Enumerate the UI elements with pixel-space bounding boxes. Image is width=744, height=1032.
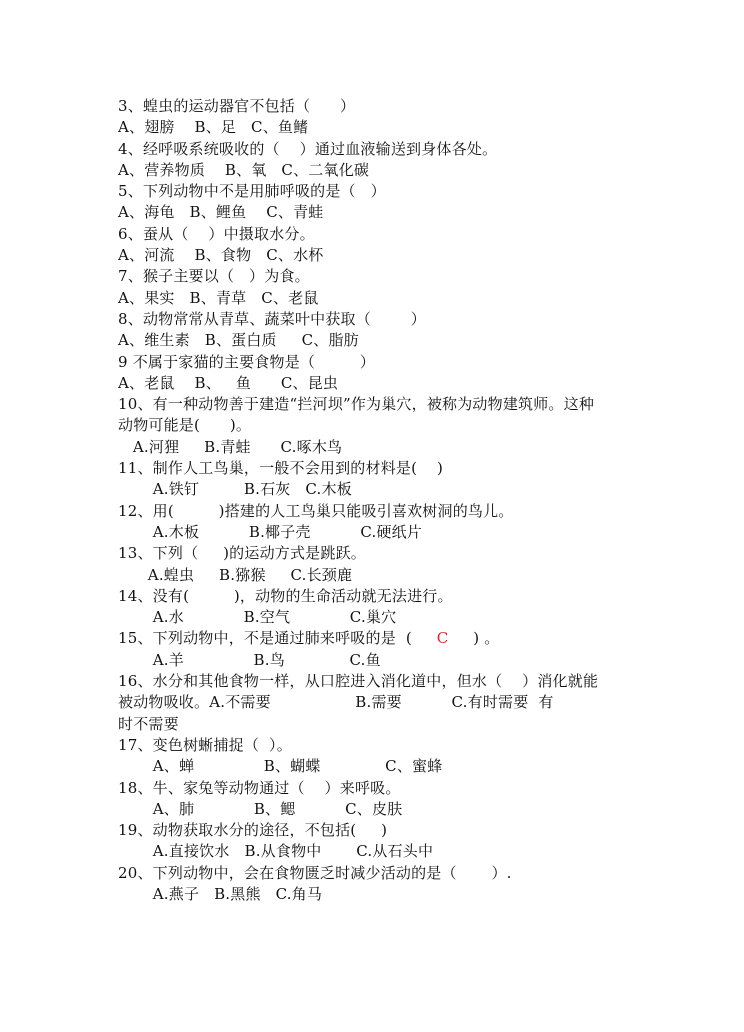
options-7: A、果实 B、青草 C、老鼠 bbox=[118, 288, 638, 309]
question-10-cont: 动物可能是( )。 bbox=[118, 415, 638, 436]
question-15: 15、下列动物中，不是通过肺来呼吸的是 ( C ) 。 bbox=[118, 628, 638, 649]
question-16: 16、水分和其他食物一样，从口腔进入消化道中，但水（ ）消化就能 bbox=[118, 671, 638, 692]
question-14: 14、没有( )，动物的生命活动就无法进行。 bbox=[118, 586, 638, 607]
options-8: A、维生素 B、蛋白质 C、脂肪 bbox=[118, 330, 638, 351]
question-7: 7、猴子主要以（ ）为食。 bbox=[118, 266, 638, 287]
options-19: A.直接饮水 B.从食物中 C.从石头中 bbox=[118, 841, 638, 862]
question-15-tail: ) 。 bbox=[448, 629, 499, 647]
options-20: A.燕子 B.黑熊 C.角马 bbox=[118, 884, 638, 905]
options-11: A.铁钉 B.石灰 C.木板 bbox=[118, 479, 638, 500]
answer-mark: C bbox=[437, 629, 449, 647]
quiz-document: 3、蝗虫的运动器官不包括（ ） A、翅膀 B、足 C、鱼鳍 4、经呼吸系统吸收的… bbox=[118, 96, 638, 905]
options-14: A.水 B.空气 C.巢穴 bbox=[118, 607, 638, 628]
question-5: 5、下列动物中不是用肺呼吸的是（ ） bbox=[118, 181, 638, 202]
question-20: 20、下列动物中，会在食物匮乏时减少活动的是（ ）. bbox=[118, 863, 638, 884]
question-16-cont2: 时不需要 bbox=[118, 714, 638, 735]
options-12: A.木板 B.椰子壳 C.硬纸片 bbox=[118, 522, 638, 543]
question-18: 18、牛、家兔等动物通过（ ）来呼吸。 bbox=[118, 778, 638, 799]
options-6: A、河流 B、食物 C、水杯 bbox=[118, 245, 638, 266]
question-8: 8、动物常常从青草、蔬菜叶中获取（ ） bbox=[118, 309, 638, 330]
options-15: A.羊 B.鸟 C.鱼 bbox=[118, 650, 638, 671]
question-15-text: 15、下列动物中，不是通过肺来呼吸的是 ( bbox=[118, 629, 437, 647]
question-3: 3、蝗虫的运动器官不包括（ ） bbox=[118, 96, 638, 117]
question-17: 17、变色树蜥捕捉（ ）。 bbox=[118, 735, 638, 756]
question-16-cont: 被动物吸收。A.不需要 B.需要 C.有时需要 有 bbox=[118, 692, 638, 713]
options-10: A.河狸 B.青蛙 C.啄木鸟 bbox=[118, 437, 638, 458]
options-9: A、老鼠 B、 鱼 C、昆虫 bbox=[118, 373, 638, 394]
question-11: 11、制作人工鸟巢，一般不会用到的材料是( ) bbox=[118, 458, 638, 479]
question-12: 12、用( )搭建的人工鸟巢只能吸引喜欢树洞的鸟儿。 bbox=[118, 501, 638, 522]
options-5: A、海龟 B、鲤鱼 C、青蛙 bbox=[118, 202, 638, 223]
question-10: 10、有一种动物善于建造“拦河坝”作为巢穴，被称为动物建筑师。这种 bbox=[118, 394, 638, 415]
options-13: A.蝗虫 B.猕猴 C.长颈鹿 bbox=[118, 565, 638, 586]
question-4: 4、经呼吸系统吸收的（ ）通过血液输送到身体各处。 bbox=[118, 139, 638, 160]
question-13: 13、下列（ )的运动方式是跳跃。 bbox=[118, 543, 638, 564]
options-3: A、翅膀 B、足 C、鱼鳍 bbox=[118, 117, 638, 138]
options-17: A、蝉 B、蝴蝶 C、蜜蜂 bbox=[118, 756, 638, 777]
question-19: 19、动物获取水分的途径，不包括( ) bbox=[118, 820, 638, 841]
question-6: 6、蚕从（ ）中摄取水分。 bbox=[118, 224, 638, 245]
options-4: A、营养物质 B、氧 C、二氧化碳 bbox=[118, 160, 638, 181]
options-18: A、肺 B、鳃 C、皮肤 bbox=[118, 799, 638, 820]
question-9: 9 不属于家猫的主要食物是（ ） bbox=[118, 352, 638, 373]
